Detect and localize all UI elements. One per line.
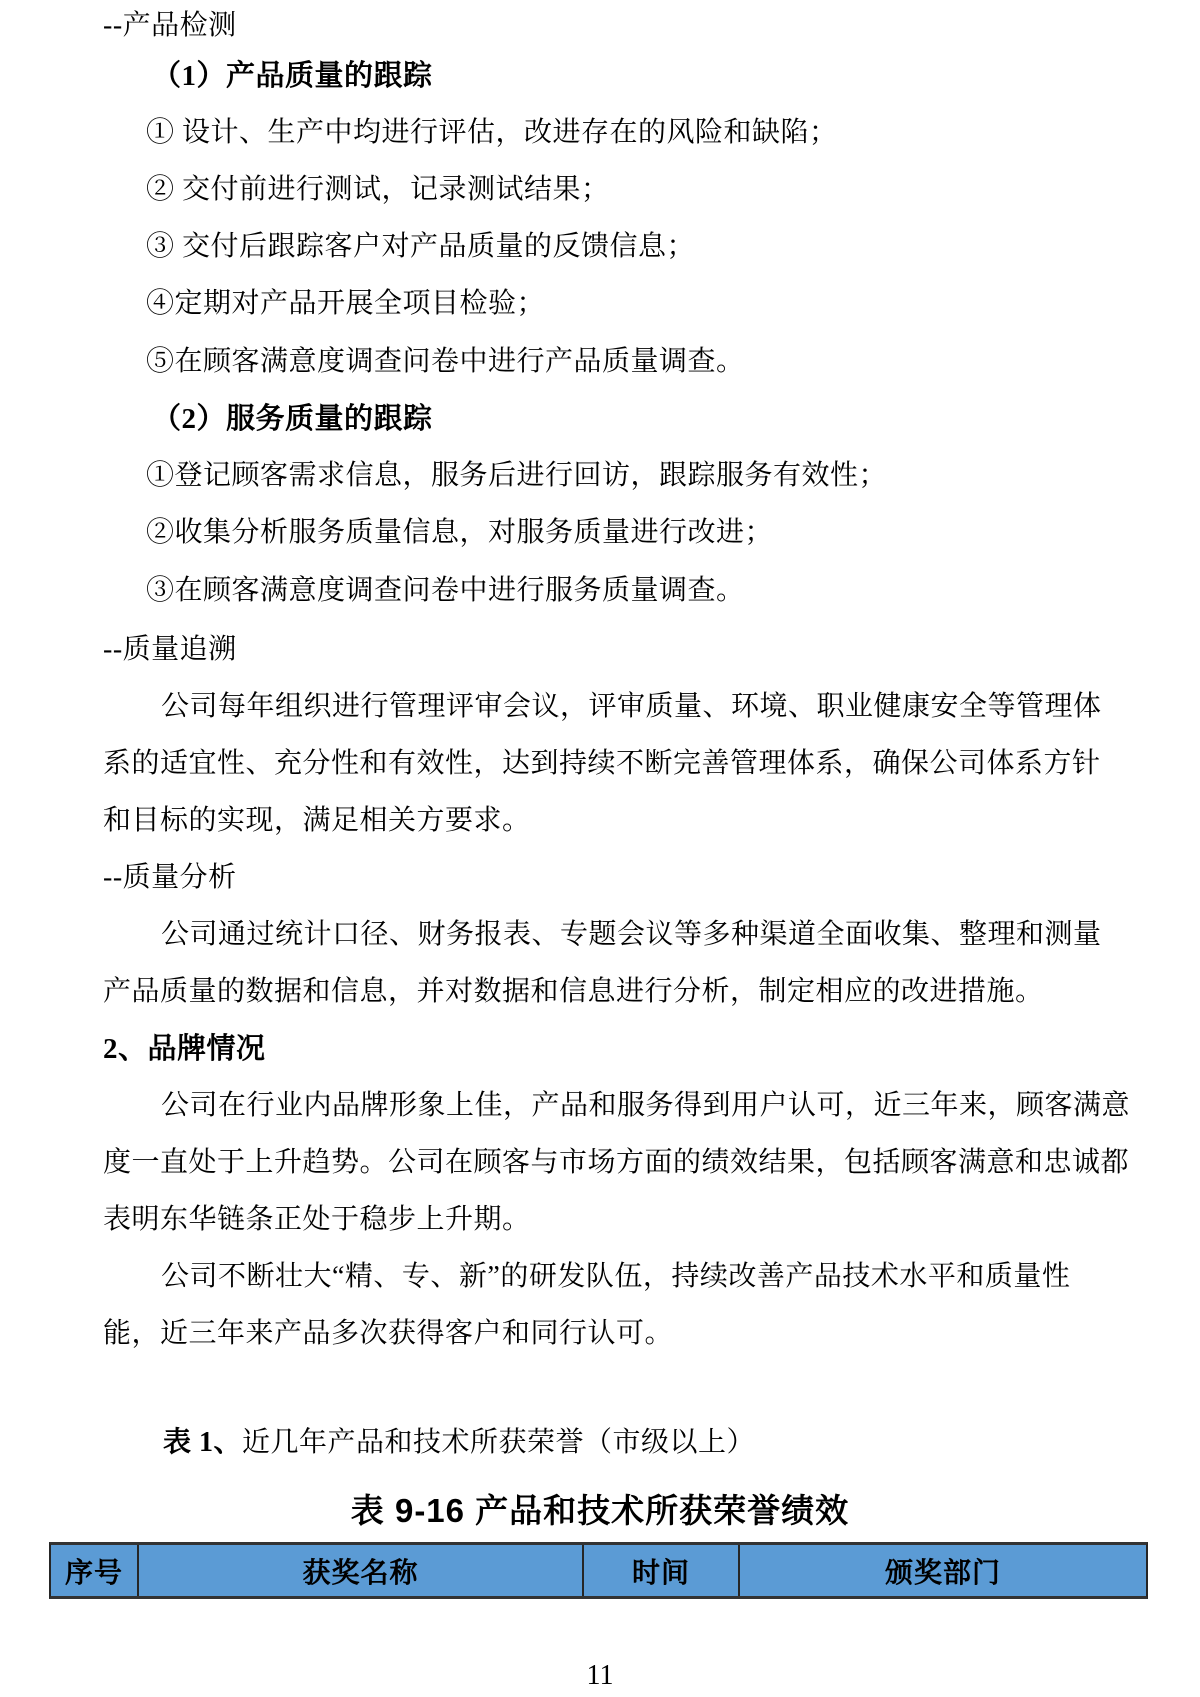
list-item-1-4: ④定期对产品开展全项目检验； <box>146 286 545 322</box>
paragraph-line: 系的适宜性、充分性和有效性，达到持续不断完善管理体系，确保公司体系方针 <box>103 746 1101 782</box>
list-item-2-1: ①登记顾客需求信息，服务后进行回访，跟踪服务有效性； <box>146 458 887 494</box>
paragraph-line: 度一直处于上升趋势。公司在顾客与市场方面的绩效结果，包括顾客满意和忠诚都 <box>103 1145 1129 1181</box>
table-header-时间: 时间 <box>584 1545 740 1596</box>
table-header-颁奖部门: 颁奖部门 <box>740 1545 1146 1596</box>
paragraph-line: 表明东华链条正处于稳步上升期。 <box>103 1202 531 1238</box>
list-item-2-3: ③在顾客满意度调查问卷中进行服务质量调查。 <box>146 573 745 609</box>
table-caption: 表 1、近几年产品和技术所获荣誉（市级以上） <box>163 1420 755 1460</box>
dash-item-product-inspection: --产品检测 <box>103 8 237 44</box>
paragraph-line: 和目标的实现，满足相关方要求。 <box>103 803 531 839</box>
list-item-1-5: ⑤在顾客满意度调查问卷中进行产品质量调查。 <box>146 344 745 380</box>
dash-item-quality-trace: --质量追溯 <box>103 632 237 668</box>
list-item-1-2: ② 交付前进行测试，记录测试结果； <box>146 172 610 208</box>
table-title: 表 9-16 产品和技术所获荣誉绩效 <box>0 1485 1200 1532</box>
section-heading-brand: 2、品牌情况 <box>103 1031 266 1067</box>
paragraph-line: 公司通过统计口径、财务报表、专题会议等多种渠道全面收集、整理和测量 <box>161 917 1102 953</box>
dash-item-quality-analysis: --质量分析 <box>103 860 237 896</box>
page-number: 11 <box>0 1660 1200 1692</box>
document-page: --产品检测 （1）产品质量的跟踪 ① 设计、生产中均进行评估，改进存在的风险和… <box>0 0 1200 1697</box>
section-heading-2: （2）服务质量的跟踪 <box>152 401 433 437</box>
table-caption-number: 表 1、 <box>163 1427 242 1458</box>
section-heading-1: （1）产品质量的跟踪 <box>152 58 433 94</box>
list-item-2-2: ②收集分析服务质量信息，对服务质量进行改进； <box>146 515 773 551</box>
honors-table-header-row: 序号 获奖名称 时间 颁奖部门 <box>49 1542 1148 1599</box>
paragraph-line: 公司每年组织进行管理评审会议，评审质量、环境、职业健康安全等管理体 <box>161 689 1102 725</box>
table-caption-text: 近几年产品和技术所获荣誉（市级以上） <box>242 1427 755 1458</box>
paragraph-line: 产品质量的数据和信息，并对数据和信息进行分析，制定相应的改进措施。 <box>103 974 1044 1010</box>
list-item-1-1: ① 设计、生产中均进行评估，改进存在的风险和缺陷； <box>146 115 838 151</box>
paragraph-line: 公司不断壮大“精、专、新”的研发队伍，持续改善产品技术水平和质量性 <box>161 1259 1070 1295</box>
table-header-序号: 序号 <box>51 1545 139 1596</box>
paragraph-line: 能，近三年来产品多次获得客户和同行认可。 <box>103 1316 673 1352</box>
table-header-获奖名称: 获奖名称 <box>139 1545 584 1596</box>
list-item-1-3: ③ 交付后跟踪客户对产品质量的反馈信息； <box>146 229 695 265</box>
paragraph-line: 公司在行业内品牌形象上佳，产品和服务得到用户认可，近三年来，顾客满意 <box>161 1088 1130 1124</box>
